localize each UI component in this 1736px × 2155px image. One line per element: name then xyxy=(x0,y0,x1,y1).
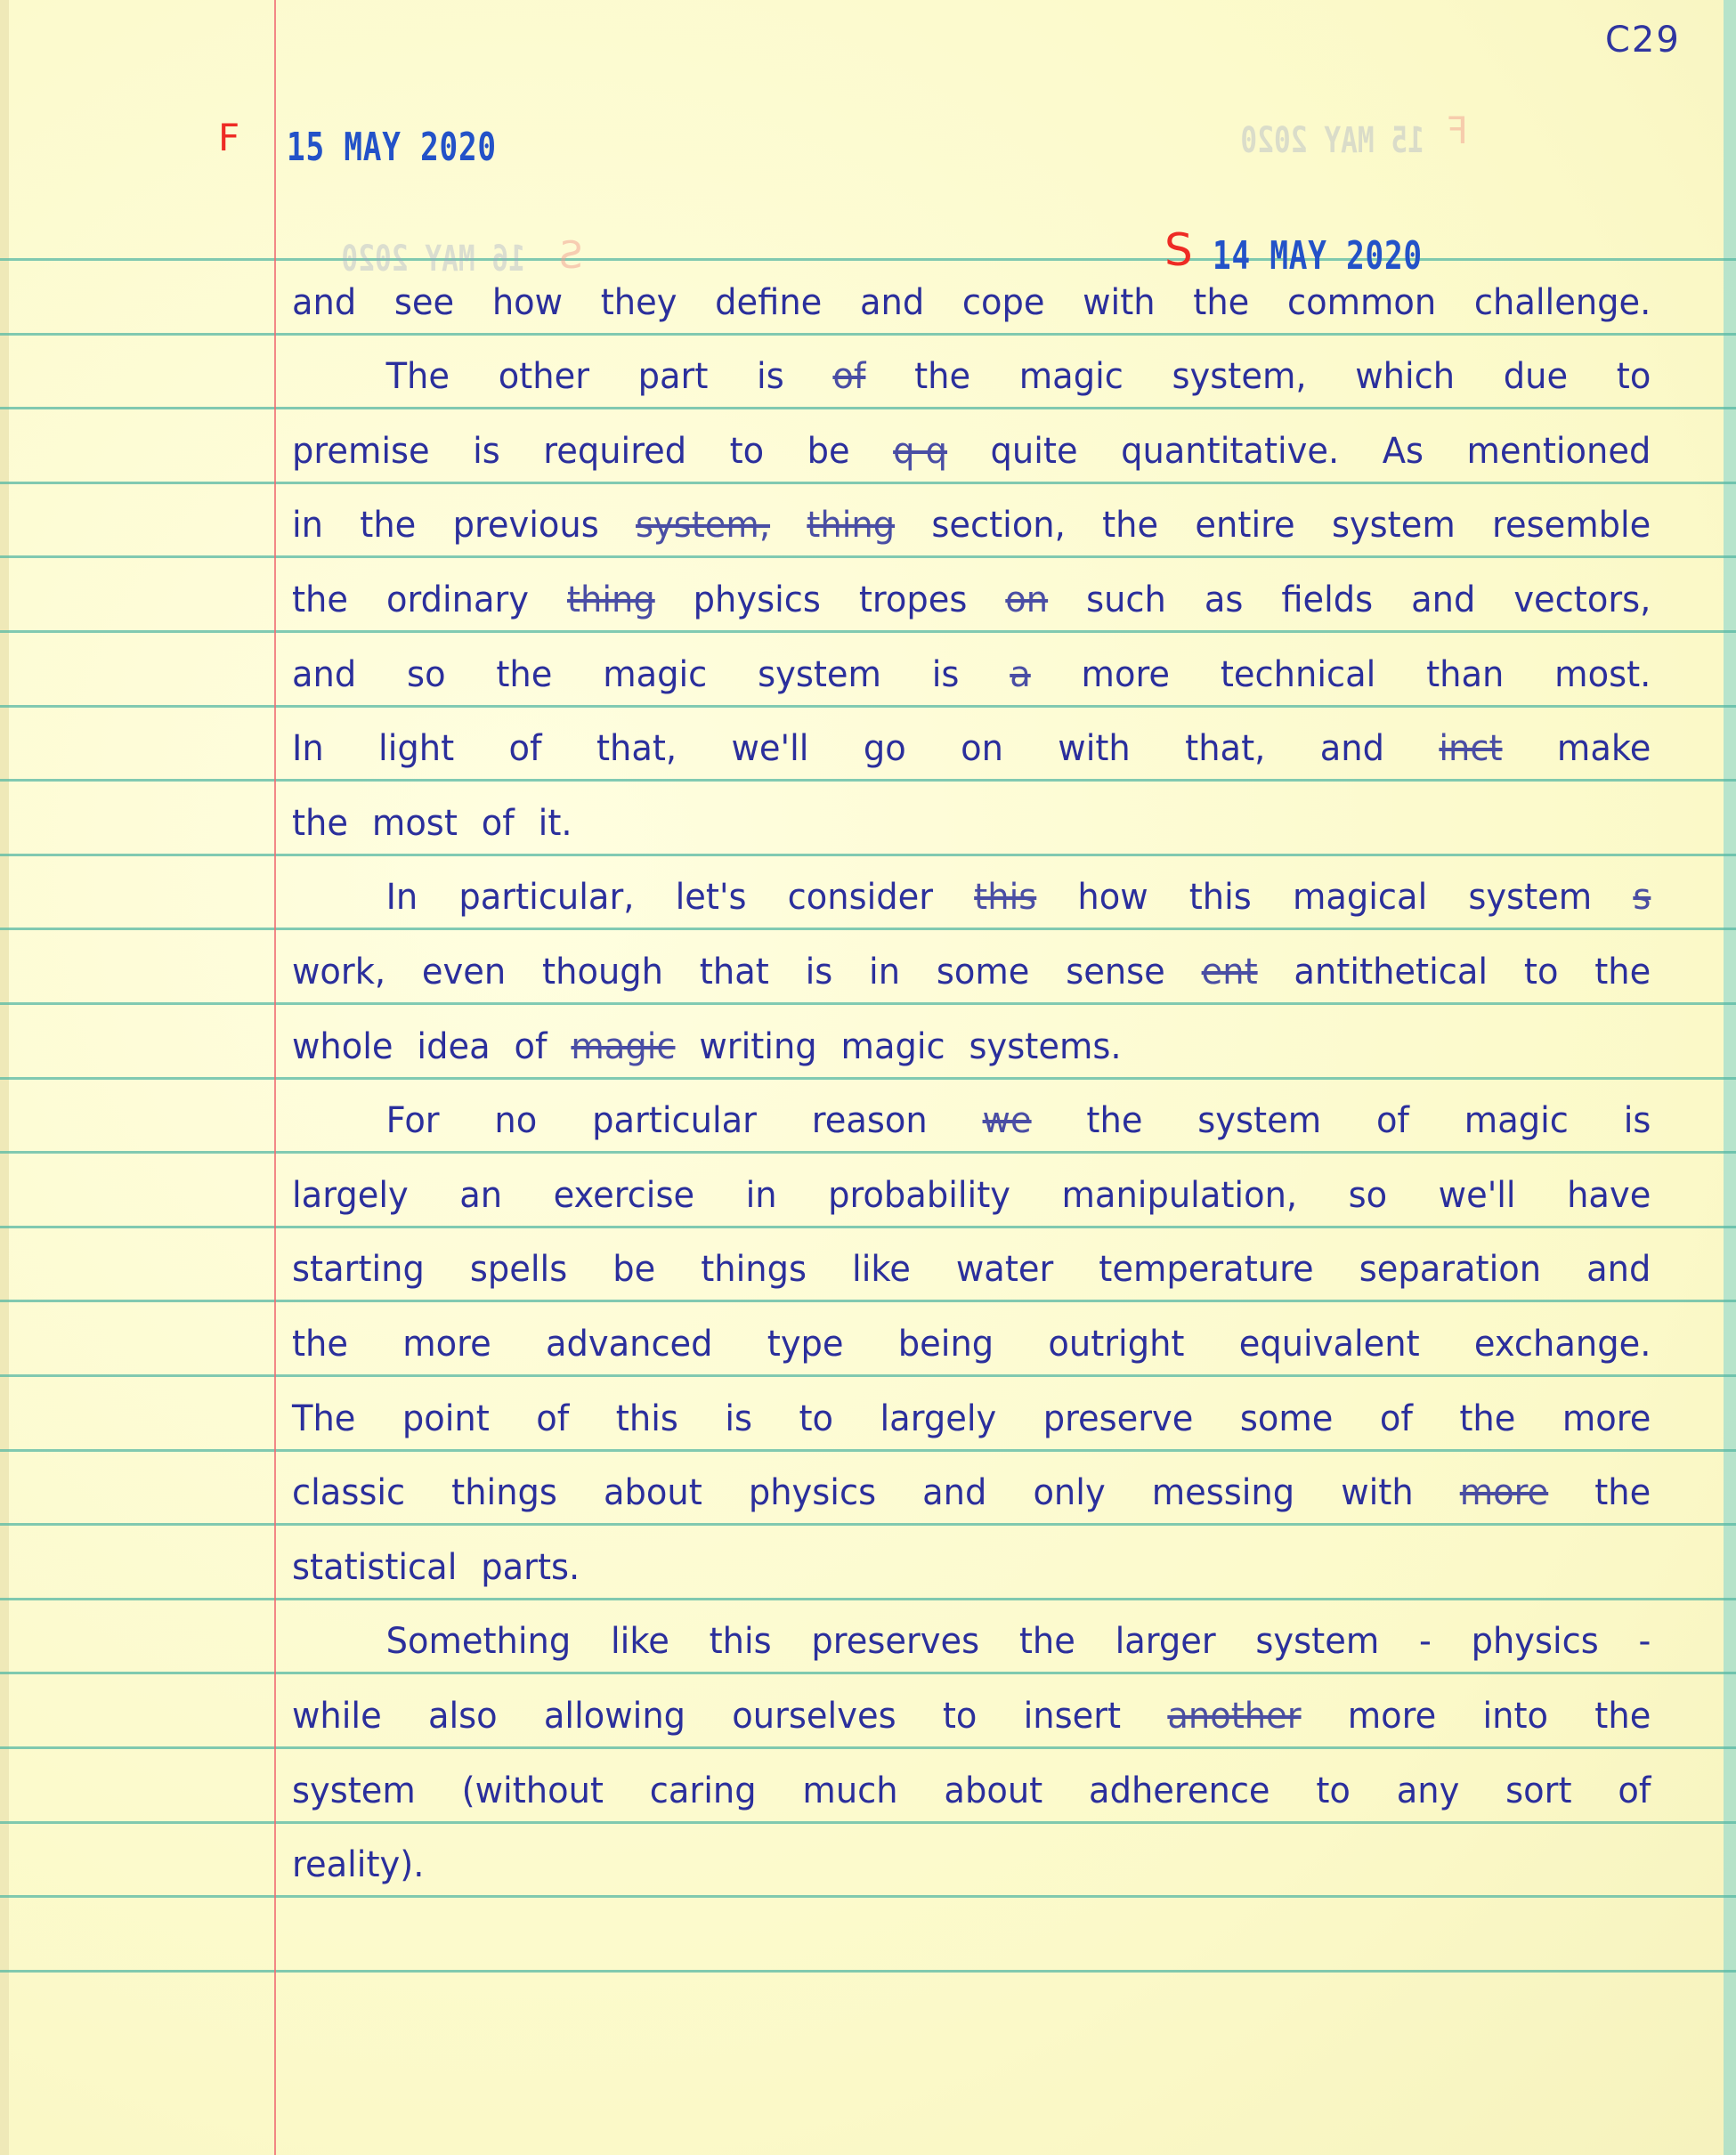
word: systems. xyxy=(969,1011,1122,1082)
word: also xyxy=(428,1681,498,1752)
word: insert xyxy=(1024,1681,1121,1752)
word: how xyxy=(492,267,563,338)
word: so xyxy=(1349,1160,1388,1231)
word: is xyxy=(1624,1085,1651,1156)
word: system xyxy=(292,1755,416,1827)
text-line: themostofit. xyxy=(292,788,1651,859)
text-line: work,eventhoughthatisinsomesenseentantit… xyxy=(292,936,1651,1008)
word: than xyxy=(1426,639,1504,710)
word: see xyxy=(394,267,454,338)
word: and xyxy=(922,1457,986,1528)
word: to xyxy=(799,1383,833,1454)
word: premise xyxy=(292,416,430,487)
text-line: reality). xyxy=(292,1829,1651,1900)
word: and xyxy=(292,639,356,710)
struck-word: ent xyxy=(1202,936,1258,1008)
red-mark-f: F xyxy=(218,116,239,159)
word: separation xyxy=(1359,1234,1541,1305)
word: with xyxy=(1058,713,1130,784)
word: largely xyxy=(292,1160,409,1231)
word: the xyxy=(292,564,348,636)
word: outright xyxy=(1048,1308,1184,1380)
word: advanced xyxy=(546,1308,713,1380)
word: we'll xyxy=(732,713,809,784)
page-number: C29 xyxy=(1605,20,1681,61)
word: and xyxy=(292,267,356,338)
word: system xyxy=(758,639,881,710)
word: of xyxy=(509,713,542,784)
struck-word: s xyxy=(1633,862,1651,933)
word: exchange. xyxy=(1474,1308,1651,1380)
bleed-through-mark: F xyxy=(1447,109,1468,152)
struck-word: system, xyxy=(636,490,770,561)
word: system xyxy=(1197,1085,1321,1156)
word: system xyxy=(1468,862,1592,933)
word: more xyxy=(402,1308,491,1380)
word: starting xyxy=(292,1234,425,1305)
word: challenge. xyxy=(1474,267,1651,338)
struck-word: magic xyxy=(571,1011,675,1082)
word: to xyxy=(943,1681,978,1752)
word: parts. xyxy=(481,1532,580,1603)
word: with xyxy=(1341,1457,1413,1528)
word: common xyxy=(1287,267,1436,338)
word: other xyxy=(499,341,589,412)
text-line: classicthingsaboutphysicsandonlymessingw… xyxy=(292,1457,1651,1528)
word: and xyxy=(1320,713,1384,784)
word: the xyxy=(1594,936,1651,1008)
text-line: themoreadvancedtypebeingoutrightequivale… xyxy=(292,1308,1651,1380)
text-line: Somethinglikethispreservesthelargersyste… xyxy=(292,1606,1651,1677)
ruled-line xyxy=(0,1970,1736,1973)
word: no xyxy=(494,1085,537,1156)
word: is xyxy=(725,1383,752,1454)
word: like xyxy=(852,1234,911,1305)
word: with xyxy=(1083,267,1155,338)
word: system, xyxy=(1172,341,1307,412)
word: most. xyxy=(1554,639,1651,710)
word: about xyxy=(604,1457,702,1528)
text-line: Theotherpartisofthemagicsystem,whichduet… xyxy=(292,341,1651,412)
word: mentioned xyxy=(1466,416,1651,487)
ruled-line xyxy=(0,258,1736,261)
word: light xyxy=(378,713,454,784)
struck-word: thing xyxy=(807,490,895,561)
word: larger xyxy=(1115,1606,1216,1677)
word: statistical xyxy=(292,1532,457,1603)
word: idea xyxy=(417,1011,490,1082)
word: entire xyxy=(1195,490,1294,561)
word: the xyxy=(1594,1681,1651,1752)
word: physics xyxy=(694,564,821,636)
word: the xyxy=(1459,1383,1515,1454)
word: to xyxy=(1617,341,1651,412)
word: define xyxy=(715,267,822,338)
word: messing xyxy=(1152,1457,1294,1528)
word: antithetical xyxy=(1294,936,1488,1008)
word: For xyxy=(386,1085,440,1156)
word: temperature xyxy=(1099,1234,1313,1305)
word: quite xyxy=(991,416,1078,487)
word: as xyxy=(1205,564,1244,636)
word: the xyxy=(1019,1606,1075,1677)
word: magic xyxy=(603,639,707,710)
word: The xyxy=(292,1383,355,1454)
word: let's xyxy=(676,862,747,933)
text-line: theordinarythingphysicstropesonsuchasfie… xyxy=(292,564,1651,636)
word: is xyxy=(806,936,833,1008)
word: magic xyxy=(841,1011,945,1082)
text-line: largelyanexerciseinprobabilitymanipulati… xyxy=(292,1160,1651,1231)
word: even xyxy=(422,936,506,1008)
word: on xyxy=(961,713,1003,784)
word: how xyxy=(1077,862,1148,933)
word: system xyxy=(1332,490,1456,561)
word: and xyxy=(1411,564,1475,636)
word: in xyxy=(746,1160,777,1231)
word: writing xyxy=(699,1011,816,1082)
word: such xyxy=(1086,564,1166,636)
margin-line xyxy=(274,0,276,2155)
word: and xyxy=(860,267,924,338)
word: resemble xyxy=(1492,490,1651,561)
bleed-through-stamp: 15 MAY 2020 xyxy=(1240,120,1424,161)
word: physics xyxy=(1472,1606,1599,1677)
word: system xyxy=(1255,1606,1379,1677)
word: magic xyxy=(1464,1085,1569,1156)
word: this xyxy=(616,1383,678,1454)
text-line: premiseisrequiredtobeq qquitequantitativ… xyxy=(292,416,1651,487)
word: like xyxy=(611,1606,669,1677)
word: whole xyxy=(292,1011,393,1082)
word: which xyxy=(1355,341,1455,412)
word: more xyxy=(1082,639,1170,710)
word: to xyxy=(1316,1755,1351,1827)
word: spells xyxy=(470,1234,567,1305)
text-line: startingspellsbethingslikewatertemperatu… xyxy=(292,1234,1651,1305)
word: classic xyxy=(292,1457,405,1528)
date-stamp-first: 15 MAY 2020 xyxy=(287,125,497,170)
word: cope xyxy=(962,267,1045,338)
word: tropes xyxy=(859,564,968,636)
word: As xyxy=(1383,416,1424,487)
word: about xyxy=(944,1755,1042,1827)
word: - xyxy=(1419,1606,1432,1677)
text-line: andseehowtheydefineandcopewiththecommonc… xyxy=(292,267,1651,338)
word: sense xyxy=(1066,936,1165,1008)
word: of xyxy=(514,1011,547,1082)
word: more xyxy=(1562,1383,1651,1454)
word: the xyxy=(292,1308,348,1380)
word: reality). xyxy=(292,1829,424,1900)
word: point xyxy=(402,1383,490,1454)
word: magic xyxy=(1019,341,1124,412)
struck-word: inct xyxy=(1439,713,1502,784)
word: is xyxy=(932,639,960,710)
word: in xyxy=(292,490,323,561)
word: so xyxy=(407,639,446,710)
text-line: Inparticular,let'sconsiderthishowthismag… xyxy=(292,862,1651,933)
word: that xyxy=(700,936,769,1008)
text-line: system(withoutcaringmuchaboutadherenceto… xyxy=(292,1755,1651,1827)
word: The xyxy=(386,341,450,412)
word: the xyxy=(1102,490,1158,561)
word: In xyxy=(386,862,418,933)
word: make xyxy=(1557,713,1651,784)
word: (without xyxy=(462,1755,604,1827)
word: while xyxy=(292,1681,382,1752)
struck-word: on xyxy=(1005,564,1048,636)
word: manipulation, xyxy=(1062,1160,1298,1231)
struck-word: q q xyxy=(893,416,947,487)
word: - xyxy=(1639,1606,1651,1677)
word: water xyxy=(956,1234,1053,1305)
word: only xyxy=(1033,1457,1105,1528)
word: in xyxy=(869,936,900,1008)
word: adherence xyxy=(1089,1755,1270,1827)
word: sort xyxy=(1505,1755,1571,1827)
word: physics xyxy=(749,1457,876,1528)
word: Something xyxy=(386,1606,572,1677)
word: of xyxy=(1380,1383,1413,1454)
word: of xyxy=(1618,1755,1651,1827)
word: of xyxy=(1376,1085,1409,1156)
word: exercise xyxy=(554,1160,694,1231)
word: is xyxy=(473,416,500,487)
word: particular xyxy=(592,1085,757,1156)
word: to xyxy=(1524,936,1559,1008)
word: required xyxy=(543,416,686,487)
word: being xyxy=(898,1308,994,1380)
struck-word: thing xyxy=(567,564,655,636)
word: the xyxy=(1086,1085,1142,1156)
word: that, xyxy=(1185,713,1265,784)
word: the xyxy=(360,490,416,561)
word: an xyxy=(459,1160,502,1231)
struck-word: we xyxy=(983,1085,1032,1156)
word: allowing xyxy=(544,1681,685,1752)
text-line: wholeideaofmagicwritingmagicsystems. xyxy=(292,1011,1651,1082)
word: though xyxy=(542,936,663,1008)
word: vectors, xyxy=(1513,564,1651,636)
word: preserves xyxy=(811,1606,979,1677)
word: reason xyxy=(812,1085,928,1156)
word: magical xyxy=(1293,862,1427,933)
word: previous xyxy=(453,490,599,561)
word: it. xyxy=(539,788,572,859)
text-line: whilealsoallowingourselvestoinsertanothe… xyxy=(292,1681,1651,1752)
word: most xyxy=(372,788,458,859)
word: have xyxy=(1567,1160,1651,1231)
word: some xyxy=(937,936,1030,1008)
word: this xyxy=(710,1606,772,1677)
text-line: andsothemagicsystemisamoretechnicalthanm… xyxy=(292,639,1651,710)
word: much xyxy=(802,1755,897,1827)
word: of xyxy=(536,1383,569,1454)
word: section, xyxy=(931,490,1066,561)
word: and xyxy=(1586,1234,1651,1305)
word: particular, xyxy=(458,862,634,933)
word: be xyxy=(612,1234,655,1305)
word: quantitative. xyxy=(1121,416,1339,487)
word: go xyxy=(864,713,906,784)
word: consider xyxy=(788,862,933,933)
word: technical xyxy=(1221,639,1375,710)
word: type xyxy=(767,1308,844,1380)
word: this xyxy=(1189,862,1252,933)
word: of xyxy=(482,788,515,859)
word: ordinary xyxy=(386,564,529,636)
struck-word: of xyxy=(832,341,865,412)
word: the xyxy=(1594,1457,1651,1528)
word: more xyxy=(1348,1681,1436,1752)
word: that, xyxy=(596,713,677,784)
word: work, xyxy=(292,936,385,1008)
word: equivalent xyxy=(1239,1308,1420,1380)
word: we'll xyxy=(1439,1160,1516,1231)
word: is xyxy=(757,341,784,412)
text-line: Fornoparticularreasonwethesystemofmagici… xyxy=(292,1085,1651,1156)
word: things xyxy=(701,1234,807,1305)
word: largely xyxy=(880,1383,997,1454)
text-line: statisticalparts. xyxy=(292,1532,1651,1603)
text-line: Inlightofthat,we'llgoonwiththat,andinctm… xyxy=(292,713,1651,784)
word: things xyxy=(451,1457,557,1528)
word: probability xyxy=(828,1160,1010,1231)
word: the xyxy=(292,788,348,859)
struck-word: another xyxy=(1167,1681,1301,1752)
word: fields xyxy=(1281,564,1373,636)
word: some xyxy=(1240,1383,1334,1454)
struck-word: this xyxy=(974,862,1036,933)
struck-word: more xyxy=(1460,1457,1548,1528)
word: ourselves xyxy=(732,1681,896,1752)
word: due xyxy=(1504,341,1568,412)
word: the xyxy=(1193,267,1249,338)
word: the xyxy=(914,341,970,412)
text-line: Thepointofthisistolargelypreservesomeoft… xyxy=(292,1383,1651,1454)
word: into xyxy=(1482,1681,1548,1752)
word: any xyxy=(1397,1755,1460,1827)
word: caring xyxy=(650,1755,757,1827)
word: be xyxy=(807,416,850,487)
word: the xyxy=(496,639,552,710)
word: preserve xyxy=(1043,1383,1194,1454)
struck-word: a xyxy=(1010,639,1031,710)
text-line: intheprevioussystem,thingsection,theenti… xyxy=(292,490,1651,561)
word: to xyxy=(730,416,765,487)
word: part xyxy=(638,341,709,412)
word: they xyxy=(601,267,677,338)
word: In xyxy=(292,713,324,784)
